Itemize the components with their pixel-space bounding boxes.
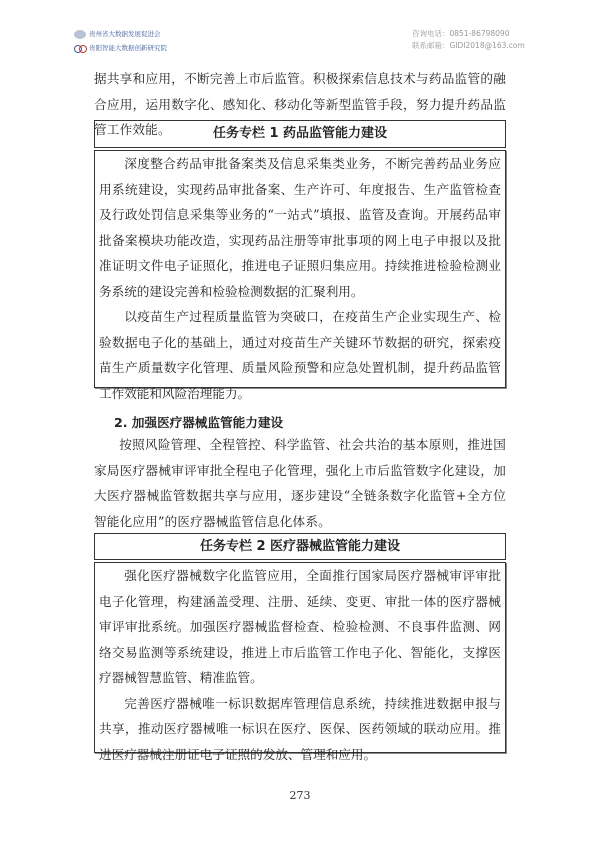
page-number: 273 bbox=[0, 789, 600, 802]
phone-number: 0851-86798090 bbox=[450, 29, 510, 38]
task-box-1-paragraph-2: 以疫苗生产过程质量监管为突破口，在疫苗生产企业实现生产、检验数据电子化的基础上，… bbox=[99, 304, 501, 406]
institute-logo-icon bbox=[74, 44, 86, 53]
logo-row-2: 贵阳智能大数据创新研究院 bbox=[74, 42, 184, 54]
task-box-1-paragraph-1: 深度整合药品审批备案类及信息采集类业务，不断完善药品业务应用系统建设，实现药品审… bbox=[99, 151, 501, 304]
section-2-heading: 2. 加强医疗器械监管能力建设 bbox=[114, 412, 283, 431]
email-line: 联系邮箱：GIDI2018@163.com bbox=[412, 40, 525, 52]
email-address: GIDI2018@163.com bbox=[450, 41, 525, 50]
logo-row-1: 贵州省大数据发展促进会 bbox=[74, 28, 184, 40]
logo-text-2: 贵阳智能大数据创新研究院 bbox=[89, 44, 167, 52]
page-header: 贵州省大数据发展促进会 贵阳智能大数据创新研究院 咨询电话：0851-86798… bbox=[0, 0, 600, 60]
section-2-paragraph: 按照风险管理、全程管控、科学监管、社会共治的基本原则，推进国家局医疗器械审评审批… bbox=[94, 432, 506, 534]
task-box-2-paragraph-2: 完善医疗器械唯一标识数据库管理信息系统，持续推进数据申报与共享，推动医疗器械唯一… bbox=[99, 691, 501, 768]
task-box-2-body: 强化医疗器械数字化监管应用，全面推行国家局医疗器械审评审批电子化管理，构建涵盖受… bbox=[94, 562, 506, 753]
email-label: 联系邮箱： bbox=[412, 41, 450, 50]
contact-info: 咨询电话：0851-86798090 联系邮箱：GIDI2018@163.com bbox=[412, 28, 525, 52]
logo-text-1: 贵州省大数据发展促进会 bbox=[89, 30, 161, 38]
task-box-1-body: 深度整合药品审批备案类及信息采集类业务，不断完善药品业务应用系统建设，实现药品审… bbox=[94, 150, 506, 388]
task-box-2-paragraph-1: 强化医疗器械数字化监管应用，全面推行国家局医疗器械审评审批电子化管理，构建涵盖受… bbox=[99, 563, 501, 691]
organization-logos: 贵州省大数据发展促进会 贵阳智能大数据创新研究院 bbox=[74, 28, 184, 56]
association-logo-icon bbox=[74, 30, 86, 39]
phone-label: 咨询电话： bbox=[412, 29, 450, 38]
task-box-2-title: 任务专栏 2 医疗器械监管能力建设 bbox=[94, 533, 506, 560]
task-box-1-title: 任务专栏 1 药品监管能力建设 bbox=[94, 120, 506, 148]
phone-line: 咨询电话：0851-86798090 bbox=[412, 28, 525, 40]
